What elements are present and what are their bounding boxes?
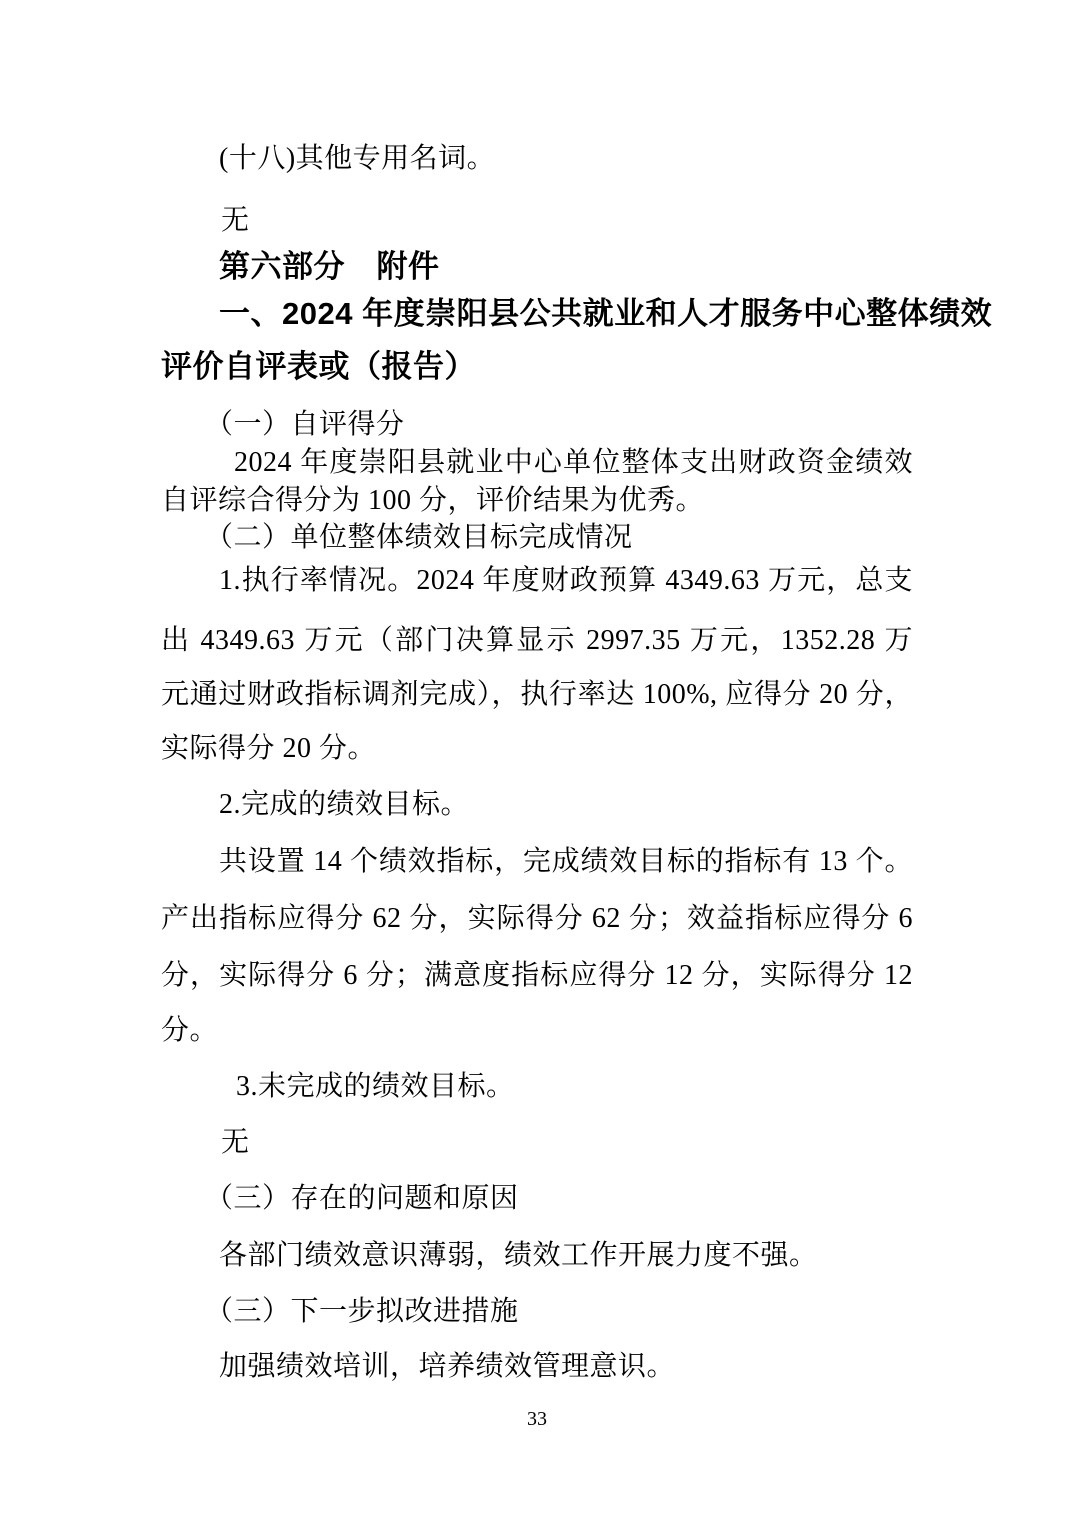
attachment-title: 一、2024 年度崇阳县公共就业和人才服务中心整体绩效 bbox=[219, 296, 913, 332]
subsection-heading: （一）自评得分 bbox=[205, 407, 405, 443]
text-line: 实际得分 20 分。 bbox=[161, 731, 376, 767]
text-line: 元通过财政指标调剂完成），执行率达 100%, 应得分 20 分， bbox=[161, 677, 913, 713]
text-line: 产出指标应得分 62 分，实际得分 62 分；效益指标应得分 6 bbox=[161, 901, 913, 937]
document-page: (十八)其他专用名词。 无 第六部分 附件 一、2024 年度崇阳县公共就业和人… bbox=[0, 0, 1074, 1520]
text-line: 分，实际得分 6 分；满意度指标应得分 12 分，实际得分 12 bbox=[161, 958, 913, 994]
text-line: 2024 年度崇阳县就业中心单位整体支出财政资金绩效 bbox=[234, 445, 913, 481]
text-line: 自评综合得分为 100 分，评价结果为优秀。 bbox=[161, 483, 704, 519]
subsection-heading: （三）存在的问题和原因 bbox=[205, 1181, 519, 1217]
text-line: 2.完成的绩效目标。 bbox=[219, 787, 469, 823]
subsection-heading: （三）下一步拟改进措施 bbox=[205, 1294, 519, 1330]
page-number: 33 bbox=[0, 1408, 1074, 1431]
section-heading: 第六部分 附件 bbox=[219, 249, 440, 285]
text-line: 3.未完成的绩效目标。 bbox=[236, 1069, 515, 1105]
subsection-heading: （二）单位整体绩效目标完成情况 bbox=[205, 520, 633, 556]
text-line: 加强绩效培训，培养绩效管理意识。 bbox=[219, 1349, 675, 1385]
text-line: (十八)其他专用名词。 bbox=[219, 141, 495, 177]
text-line: 无 bbox=[221, 203, 250, 239]
text-line: 分。 bbox=[161, 1013, 218, 1049]
text-line: 共设置 14 个绩效指标，完成绩效目标的指标有 13 个。 bbox=[219, 844, 913, 880]
text-line: 1.执行率情况。2024 年度财政预算 4349.63 万元，总支 bbox=[219, 563, 913, 599]
attachment-title: 评价自评表或（报告） bbox=[161, 349, 476, 385]
text-line: 无 bbox=[221, 1125, 250, 1161]
text-line: 出 4349.63 万元（部门决算显示 2997.35 万元，1352.28 万 bbox=[161, 623, 913, 659]
text-line: 各部门绩效意识薄弱，绩效工作开展力度不强。 bbox=[219, 1238, 818, 1274]
